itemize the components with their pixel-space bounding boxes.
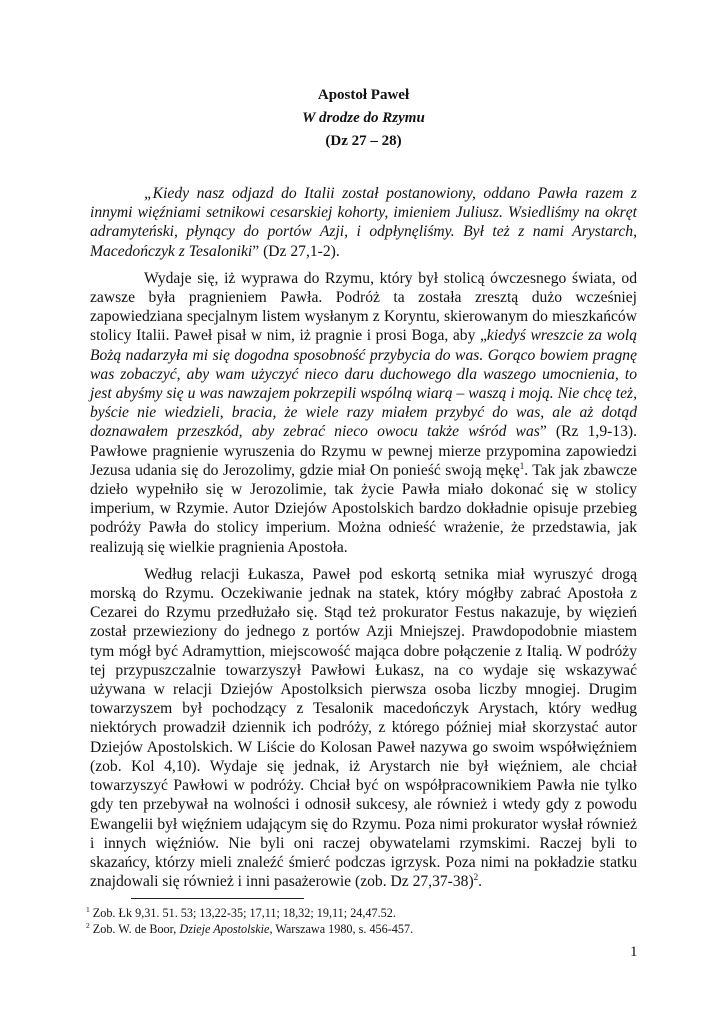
text-run: . xyxy=(478,873,482,890)
text-run: ” (Dz 27,1-2). xyxy=(252,243,339,260)
paragraph-journey-desire: Wydaje się, iż wyprawa do Rzymu, który b… xyxy=(90,269,637,557)
document-subtitle: W drodze do Rzymu xyxy=(90,107,637,130)
text-run: , Warszawa 1980, s. 456-457. xyxy=(269,922,413,936)
scripture-reference: (Dz 27 – 28) xyxy=(90,130,637,153)
page-number: 1 xyxy=(630,944,638,961)
footnote-2: 2 Zob. W. de Boor, Dzieje Apostolskie, W… xyxy=(86,922,646,938)
document-title: Apostoł Paweł xyxy=(90,84,637,107)
title-block: Apostoł Paweł W drodze do Rzymu (Dz 27 –… xyxy=(90,84,637,153)
text-run: Zob. Łk 9,31. 51. 53; 13,22-35; 17,11; 1… xyxy=(90,906,396,920)
paragraph-quote: „Kiedy nasz odjazd do Italii został post… xyxy=(90,184,637,261)
footnotes: 1 Zob. Łk 9,31. 51. 53; 13,22-35; 17,11;… xyxy=(86,906,646,937)
paragraph-luke-account: Według relacji Łukasza, Paweł pod eskort… xyxy=(90,565,637,891)
text-run: Zob. W. de Boor, xyxy=(90,922,180,936)
text-run: Według relacji Łukasza, Paweł pod eskort… xyxy=(90,566,637,890)
document-page: Apostoł Paweł W drodze do Rzymu (Dz 27 –… xyxy=(90,84,637,899)
italic-text: Dzieje Apostolskie xyxy=(179,922,269,936)
footnote-separator xyxy=(131,898,304,899)
italic-text: „Kiedy nasz odjazd do Italii został post… xyxy=(90,185,637,260)
body-text: „Kiedy nasz odjazd do Italii został post… xyxy=(90,184,637,891)
footnote-1: 1 Zob. Łk 9,31. 51. 53; 13,22-35; 17,11;… xyxy=(86,906,646,922)
